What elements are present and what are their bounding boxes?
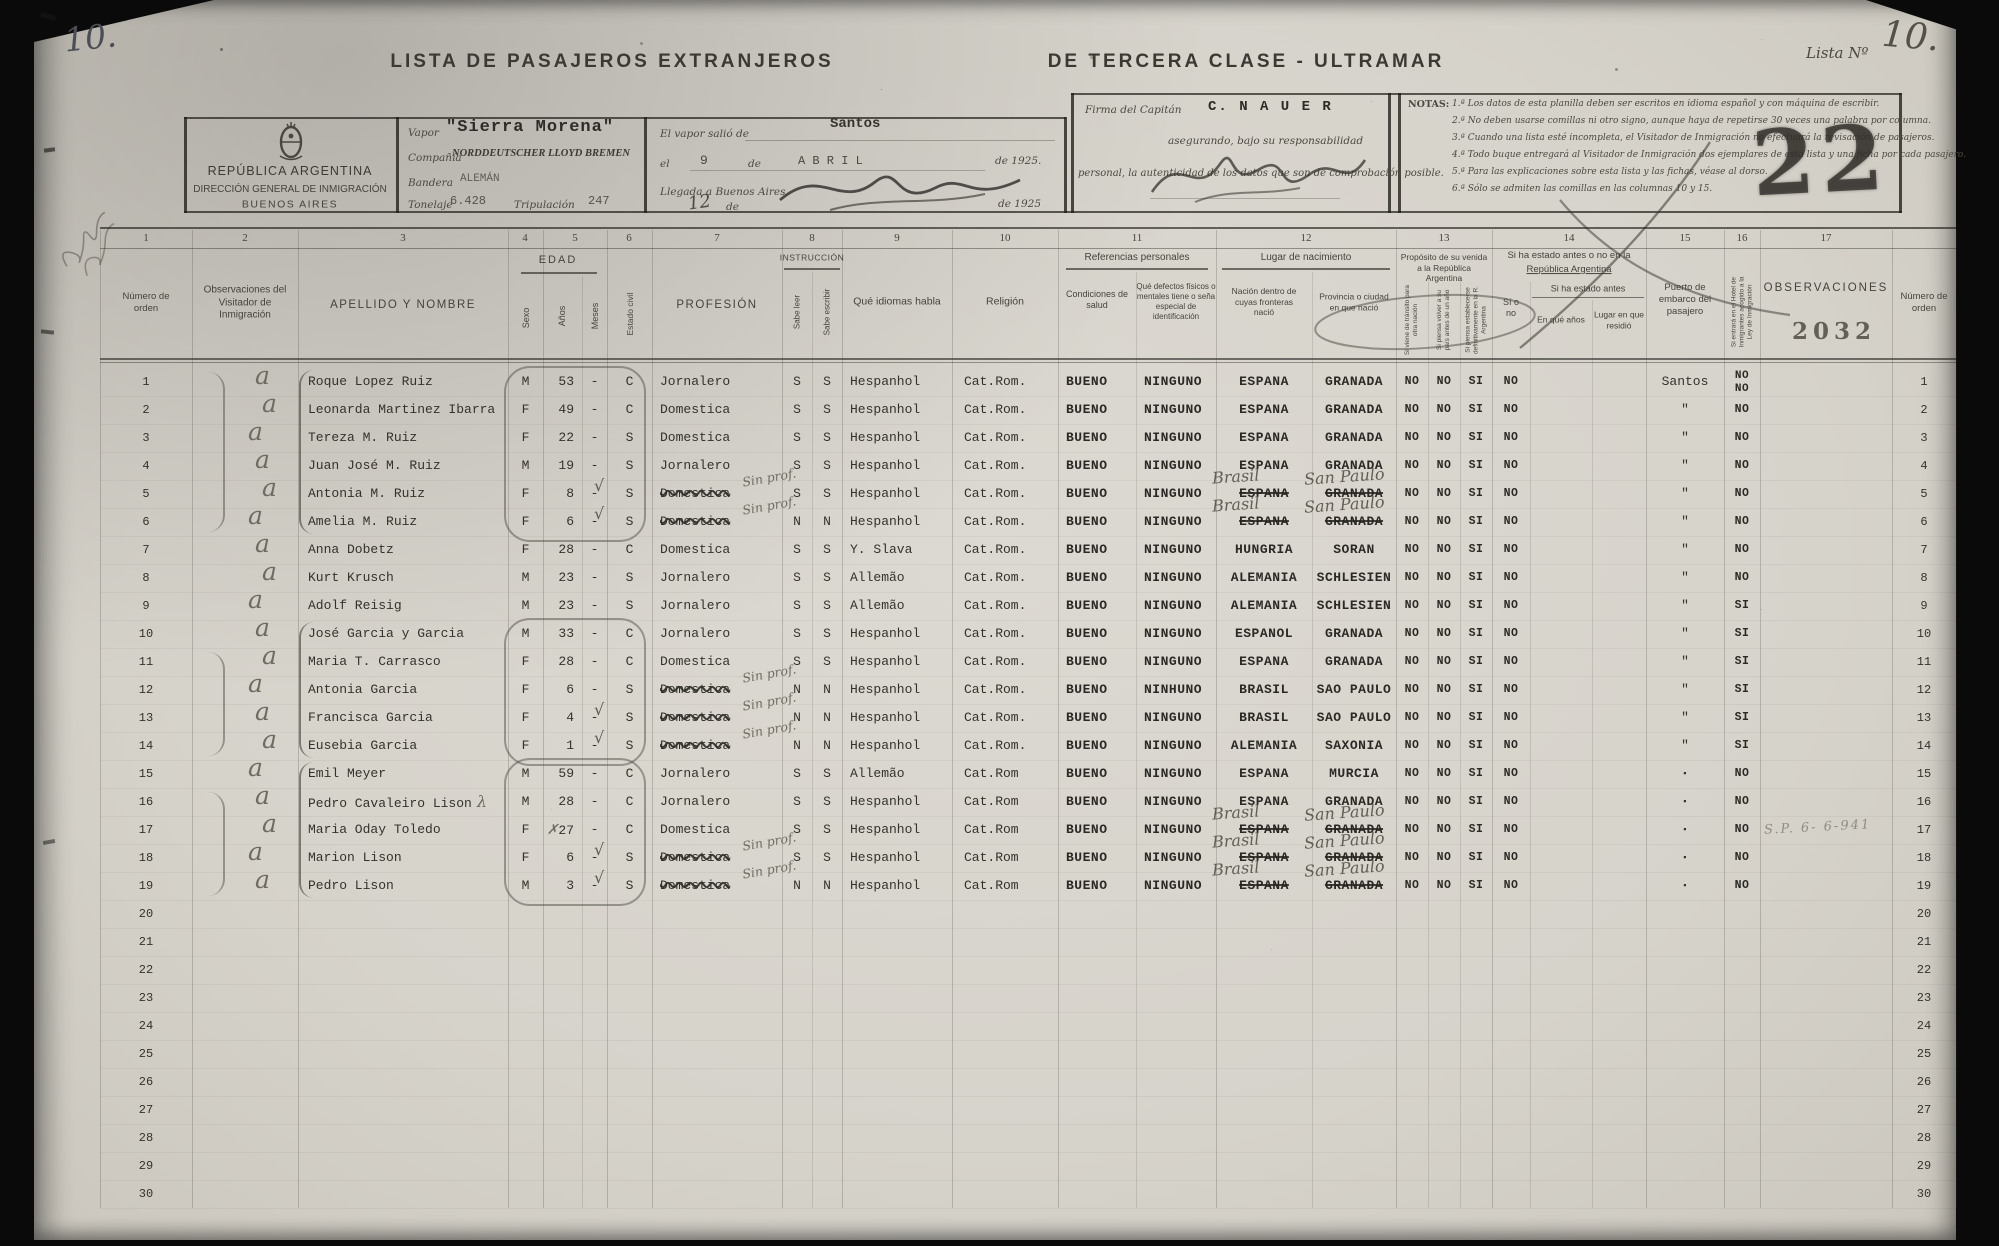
cell-salud: BUENO: [1058, 564, 1144, 592]
cell-defectos: NINGUNO: [1136, 816, 1224, 844]
cell-salud: BUENO: [1058, 788, 1144, 816]
cell-volver: NO: [1428, 368, 1460, 396]
row-number-right: 6: [1892, 508, 1956, 536]
el-label: el: [660, 158, 670, 170]
col-profesion: PROFESIÓN: [676, 298, 757, 312]
cell-estado-antes-sino: NO: [1492, 424, 1530, 452]
cell-religion: Cat.Rom.: [952, 424, 1070, 452]
cell-estado-antes-sino: NO: [1492, 508, 1530, 536]
row-number-right: 27: [1892, 1096, 1956, 1124]
header-box-divider: [644, 117, 647, 213]
name-group-brace: [299, 370, 314, 534]
tripulacion-label: Tripulación: [514, 199, 575, 211]
row-number-right: 25: [1892, 1040, 1956, 1068]
bandera-label: Bandera: [408, 177, 453, 189]
tripulacion-value: 247: [588, 194, 610, 208]
column-number: 13: [1439, 232, 1450, 246]
column-line: [192, 230, 193, 1208]
cell-establecerse: SI: [1460, 424, 1492, 452]
cell-nacion: HUNGRIA: [1216, 536, 1312, 564]
column-number: 8: [809, 232, 815, 246]
visitador-mark: a: [255, 697, 270, 726]
cell-hotel: NO: [1724, 816, 1760, 844]
cell-idioma: Allemão: [842, 592, 960, 620]
cell-puerto: ": [1646, 676, 1724, 704]
cell-defectos: NINGUNO: [1136, 508, 1224, 536]
salio-month: A B R I L: [798, 154, 863, 168]
de-label2: de: [726, 201, 739, 213]
cell-religion: Cat.Rom.: [952, 592, 1070, 620]
scanned-document: 10. Lista Nº 10. LISTA DE PASAJEROS EXTR…: [0, 0, 1999, 1246]
header-box-bottom-rule: [184, 211, 1902, 213]
cell-estado-antes-sino: NO: [1492, 452, 1530, 480]
col-obs-visitador: Observaciones del Visitador de Inmigraci…: [201, 284, 289, 322]
visitador-mark: a: [255, 865, 270, 894]
cell-estado-antes-sino: NO: [1492, 816, 1530, 844]
cell-sabe-leer: S: [782, 396, 812, 424]
cell-puerto: ▪: [1646, 760, 1724, 788]
cell-sabe-leer: S: [782, 368, 812, 396]
cell-provincia: GRANADA: [1325, 514, 1383, 529]
cell-profesion: Jornalero: [652, 620, 790, 648]
column-subline: [1592, 300, 1593, 1208]
cell-profesion: Jornalero: [652, 368, 790, 396]
column-number: 5: [572, 232, 578, 246]
row-number-left: 5: [100, 480, 192, 508]
row-number-left: 22: [100, 956, 192, 984]
row-number-left: 2: [100, 396, 192, 424]
row-number-left: 30: [100, 1180, 192, 1208]
row-number-right: 8: [1892, 564, 1956, 592]
visitador-mark: a: [248, 753, 263, 782]
cell-religion: Cat.Rom.: [952, 368, 1070, 396]
salio-day: 9: [700, 153, 708, 168]
cell-nacion: ESPANA: [1216, 396, 1312, 424]
cell-provincia: SAO PAULO: [1312, 676, 1396, 704]
cell-nacion: ESPANOL: [1216, 620, 1312, 648]
cell-hotel: NO: [1724, 760, 1760, 788]
cell-sabe-leer: S: [782, 592, 812, 620]
visitador-mark: a: [262, 725, 277, 754]
cell-puerto: ": [1646, 396, 1724, 424]
cell-apellido-nombre: Emil Meyer: [298, 760, 518, 788]
cell-transito: NO: [1396, 648, 1428, 676]
cell-sabe-leer: N: [782, 872, 812, 900]
cell-sabe-escribir: S: [812, 620, 842, 648]
cell-apellido-nombre: Tereza M. Ruiz: [298, 424, 518, 452]
cell-hotel: NO: [1724, 480, 1760, 508]
referencias-underline: [1066, 268, 1208, 270]
row-number-right: 29: [1892, 1152, 1956, 1180]
cell-religion: Cat.Rom: [952, 816, 1070, 844]
cell-provincia: GRANADA: [1312, 424, 1396, 452]
cell-defectos: NINHUNO: [1136, 676, 1224, 704]
cell-profesion: Jornalero: [652, 788, 790, 816]
visitador-mark: a: [248, 837, 263, 866]
header-box-divider: [184, 117, 187, 213]
row-rule: [100, 984, 1956, 985]
cell-hotel: NO NO: [1724, 368, 1760, 396]
age-group-oval: [504, 618, 646, 766]
visitador-mark: a: [255, 781, 270, 810]
handwritten-nacion: Brasil: [1211, 465, 1260, 487]
col-referencias: Referencias personales: [1084, 252, 1189, 265]
cell-establecerse: SI: [1460, 760, 1492, 788]
col-observaciones: OBSERVACIONES: [1764, 281, 1889, 295]
col-num-orden-right: Número de orden: [1898, 291, 1950, 315]
cell-provincia: SORAN: [1312, 536, 1396, 564]
cell-profesion: Domestica: [652, 424, 790, 452]
cell-apellido-nombre: Adolf Reisig: [298, 592, 518, 620]
cell-hotel: NO: [1724, 452, 1760, 480]
cell-transito: NO: [1396, 732, 1428, 760]
cell-religion: Cat.Rom.: [952, 536, 1070, 564]
cell-apellido-nombre: Antonia Garcia: [298, 676, 518, 704]
row-rule: [100, 900, 1956, 901]
visitador-mark: a: [255, 361, 270, 390]
row-number-left: 10: [100, 620, 192, 648]
row-number-left: 3: [100, 424, 192, 452]
row-number-right: 7: [1892, 536, 1956, 564]
cell-volver: NO: [1428, 788, 1460, 816]
cell-transito: NO: [1396, 704, 1428, 732]
row-number-left: 18: [100, 844, 192, 872]
cell-provincia: GRANADA: [1312, 396, 1396, 424]
cell-profesion: Domestica: [652, 536, 790, 564]
col-sabe-leer: Sabe leer: [793, 295, 802, 329]
row-rule: [100, 1152, 1956, 1153]
cell-idioma: Hespanhol: [842, 816, 960, 844]
row-number-right: 30: [1892, 1180, 1956, 1208]
cell-provincia: SAXONIA: [1312, 732, 1396, 760]
cell-transito: NO: [1396, 452, 1428, 480]
column-number: 11: [1132, 232, 1143, 246]
column-number: 16: [1737, 232, 1748, 246]
row-number-left: 27: [100, 1096, 192, 1124]
cell-nacion: ESPANA: [1216, 368, 1312, 396]
cell-defectos: NINGUNO: [1136, 732, 1224, 760]
captain-line1: asegurando, bajo su responsabilidad: [1168, 135, 1363, 147]
cell-apellido-nombre: Anna Dobetz: [298, 536, 518, 564]
row-number-left: 16: [100, 788, 192, 816]
cell-nacion: ESPANA: [1216, 760, 1312, 788]
cell-religion: Cat.Rom.: [952, 648, 1070, 676]
cell-sabe-escribir: S: [812, 424, 842, 452]
lugar-nac-underline: [1222, 268, 1390, 270]
cell-defectos: NINGUNO: [1136, 620, 1224, 648]
cell-salud: BUENO: [1058, 452, 1144, 480]
table-header-bottom-rule2: [100, 362, 1956, 363]
margin-group-arc: [208, 652, 225, 756]
handwritten-nacion: Brasil: [1211, 493, 1260, 515]
row-number-left: 24: [100, 1012, 192, 1040]
cell-puerto: ": [1646, 564, 1724, 592]
cell-sabe-escribir: N: [812, 676, 842, 704]
row-number-right: 4: [1892, 452, 1956, 480]
row-number-right: 1: [1892, 368, 1956, 396]
cell-provincia: GRANADA: [1325, 878, 1383, 893]
cell-establecerse: SI: [1460, 704, 1492, 732]
row-number-right: 19: [1892, 872, 1956, 900]
cell-apellido-nombre: Maria T. Carrasco: [298, 648, 518, 676]
column-line: [1760, 230, 1761, 1208]
cell-estado-antes-sino: NO: [1492, 368, 1530, 396]
cell-puerto: ▪: [1646, 872, 1724, 900]
cell-profesion: Jornalero: [652, 564, 790, 592]
cell-idioma: Hespanhol: [842, 732, 960, 760]
cell-anos: 23: [543, 592, 582, 620]
cell-idioma: Hespanhol: [842, 648, 960, 676]
cell-puerto: ": [1646, 620, 1724, 648]
compania-name: NORDDEUTSCHER LLOYD BREMEN: [452, 148, 630, 159]
col-instruccion: INSTRUCCIÓN: [780, 253, 845, 264]
row-number-left: 26: [100, 1068, 192, 1096]
row-number-right: 12: [1892, 676, 1956, 704]
cell-estado-antes-sino: NO: [1492, 760, 1530, 788]
cell-sexo: M: [508, 564, 543, 592]
row-number-left: 17: [100, 816, 192, 844]
cell-hotel: NO: [1724, 536, 1760, 564]
cell-profesion: Jornalero: [652, 760, 790, 788]
captain-line2: personal, la autenticidad de los datos q…: [1078, 168, 1444, 179]
cell-establecerse: SI: [1460, 564, 1492, 592]
row-number-left: 13: [100, 704, 192, 732]
col-proposito-transito: Si viene de tránsito para otra nación: [1404, 284, 1420, 356]
cell-volver: NO: [1428, 480, 1460, 508]
cell-hotel: NO: [1724, 564, 1760, 592]
cell-estado-antes-sino: NO: [1492, 648, 1530, 676]
org-city: BUENOS AIRES: [242, 198, 338, 211]
row-rule: [100, 1040, 1956, 1041]
cell-salud: BUENO: [1058, 872, 1144, 900]
col-estado-antes-1: Si ha estado antes o no en la: [1507, 250, 1630, 262]
row-number-left: 8: [100, 564, 192, 592]
handwritten-nacion: Brasil: [1211, 857, 1260, 879]
row-number-left: 20: [100, 900, 192, 928]
row-rule: [100, 1208, 1956, 1209]
row-number-right: 9: [1892, 592, 1956, 620]
cell-establecerse: SI: [1460, 732, 1492, 760]
cell-salud: BUENO: [1058, 648, 1144, 676]
row-number-left: 4: [100, 452, 192, 480]
col-proposito-establecerse: Si piensa establecerse definitivamente e…: [1464, 284, 1487, 356]
cell-sabe-escribir: S: [812, 760, 842, 788]
cell-defectos: NINGUNO: [1136, 564, 1224, 592]
cell-salud: BUENO: [1058, 704, 1144, 732]
row-rule: [100, 1124, 1956, 1125]
cell-profesion: Domestica: [660, 878, 730, 893]
cell-religion: Cat.Rom.: [952, 480, 1070, 508]
visitador-mark: a: [262, 473, 277, 502]
cell-estado-antes-sino: NO: [1492, 676, 1530, 704]
cell-provincia: MURCIA: [1312, 760, 1396, 788]
cell-religion: Cat.Rom.: [952, 396, 1070, 424]
row-number-right: 11: [1892, 648, 1956, 676]
ha-estado-underline: [1532, 297, 1644, 298]
cell-defectos: NINGUNO: [1136, 396, 1224, 424]
row-number-right: 13: [1892, 704, 1956, 732]
cell-transito: NO: [1396, 844, 1428, 872]
cell-volver: NO: [1428, 844, 1460, 872]
cell-defectos: NINGUNO: [1136, 704, 1224, 732]
cell-meses: -: [582, 592, 607, 620]
row-number-right: 26: [1892, 1068, 1956, 1096]
cell-establecerse: SI: [1460, 620, 1492, 648]
cell-transito: NO: [1396, 424, 1428, 452]
cell-religion: Cat.Rom: [952, 844, 1070, 872]
cell-volver: NO: [1428, 536, 1460, 564]
cell-transito: NO: [1396, 788, 1428, 816]
cell-hotel: SI: [1724, 620, 1760, 648]
notas-label: NOTAS:: [1408, 99, 1449, 110]
col-proposito-volver: Si piensa volver a su país antes de un a…: [1436, 284, 1452, 356]
col-estado-antes-2: República Argentina: [1526, 264, 1611, 276]
cell-puerto: ▪: [1646, 788, 1724, 816]
row-number-right: 5: [1892, 480, 1956, 508]
row-number-right: 3: [1892, 424, 1956, 452]
cell-provincia: SAO PAULO: [1312, 704, 1396, 732]
cell-idioma: Y. Slava: [842, 536, 960, 564]
col-cond-salud: Condiciones de salud: [1065, 289, 1129, 312]
visitador-mark: a: [262, 557, 277, 586]
cell-profesion: Domestica: [660, 710, 730, 725]
cell-profesion: Jornalero: [652, 592, 790, 620]
cell-sabe-escribir: S: [812, 648, 842, 676]
cell-sabe-escribir: N: [812, 732, 842, 760]
margin-group-arc: [208, 792, 225, 896]
age-group-oval: [504, 758, 646, 906]
cell-establecerse: SI: [1460, 368, 1492, 396]
row-rule: [100, 1096, 1956, 1097]
cell-establecerse: SI: [1460, 452, 1492, 480]
cell-salud: BUENO: [1058, 508, 1144, 536]
cell-idioma: Hespanhol: [842, 508, 960, 536]
cell-estado-antes-sino: NO: [1492, 480, 1530, 508]
cell-salud: BUENO: [1058, 480, 1144, 508]
cell-volver: NO: [1428, 424, 1460, 452]
cell-establecerse: SI: [1460, 676, 1492, 704]
cell-nacion: BRASIL: [1216, 676, 1312, 704]
cell-idioma: Hespanhol: [842, 788, 960, 816]
cell-defectos: NINGUNO: [1136, 844, 1224, 872]
cell-sabe-leer: S: [782, 620, 812, 648]
cell-defectos: NINGUNO: [1136, 368, 1224, 396]
cell-puerto: Santos: [1646, 368, 1724, 396]
cell-defectos: NINGUNO: [1136, 424, 1224, 452]
cell-establecerse: SI: [1460, 480, 1492, 508]
cell-profesion: Domestica: [660, 682, 730, 697]
cell-provincia: GRANADA: [1312, 368, 1396, 396]
cell-anos: 23: [543, 564, 582, 592]
cell-apellido-nombre: Antonia M. Ruiz: [298, 480, 518, 508]
row-number-left: 7: [100, 536, 192, 564]
row-number-left: 6: [100, 508, 192, 536]
row-number-right: 17: [1892, 816, 1956, 844]
column-number: 3: [400, 232, 406, 246]
cell-nacion: ESPANA: [1239, 878, 1289, 893]
tonelaje-value: 6.428: [450, 194, 486, 208]
col-meses: Meses: [590, 303, 600, 330]
cell-nacion: ESPANA: [1216, 648, 1312, 676]
cell-establecerse: SI: [1460, 872, 1492, 900]
cell-establecerse: SI: [1460, 816, 1492, 844]
column-number: 12: [1301, 232, 1312, 246]
row-number-left: 23: [100, 984, 192, 1012]
cell-defectos: NINGUNO: [1136, 760, 1224, 788]
cell-volver: NO: [1428, 816, 1460, 844]
cell-hotel: NO: [1724, 872, 1760, 900]
salio-year: de 1925.: [995, 155, 1041, 167]
cell-idioma: Hespanhol: [842, 480, 960, 508]
cell-idioma: Hespanhol: [842, 424, 960, 452]
row-number-left: 12: [100, 676, 192, 704]
cell-nacion: ESPANA: [1239, 514, 1289, 529]
col-estado-civil: Estado civil: [625, 293, 635, 336]
cell-defectos: NINGUNO: [1136, 480, 1224, 508]
cell-sabe-leer: N: [782, 732, 812, 760]
cell-religion: Cat.Rom.: [952, 564, 1070, 592]
cell-apellido-nombre: Pedro Lison: [298, 872, 518, 900]
vapor-name: "Sierra Morena": [446, 118, 614, 137]
row-number-right: 24: [1892, 1012, 1956, 1040]
visitador-mark: a: [248, 417, 263, 446]
lista-no-label: Lista Nº: [1806, 44, 1868, 62]
cell-estado-antes-sino: NO: [1492, 732, 1530, 760]
header-box-divider: [1071, 93, 1074, 213]
cell-religion: Cat.Rom: [952, 788, 1070, 816]
cell-establecerse: SI: [1460, 788, 1492, 816]
cell-provincia: SCHLESIEN: [1312, 592, 1396, 620]
cell-puerto: ": [1646, 424, 1724, 452]
row-rule: [100, 1180, 1956, 1181]
col-ha-estado: Si ha estado antes: [1551, 283, 1626, 294]
visitador-mark: a: [255, 613, 270, 642]
cell-estado-civil: S: [607, 592, 652, 620]
cell-hotel: NO: [1724, 508, 1760, 536]
visitador-mark: a: [262, 809, 277, 838]
cell-puerto: ": [1646, 508, 1724, 536]
cell-defectos: NINGUNO: [1136, 872, 1224, 900]
cell-estado-antes-sino: NO: [1492, 396, 1530, 424]
cell-establecerse: SI: [1460, 844, 1492, 872]
col-anos: Años: [557, 306, 567, 327]
cell-transito: NO: [1396, 620, 1428, 648]
cell-idioma: Hespanhol: [842, 452, 960, 480]
row-rule: [100, 1068, 1956, 1069]
cell-sabe-escribir: N: [812, 508, 842, 536]
column-number: 4: [522, 232, 528, 246]
cell-salud: BUENO: [1058, 396, 1144, 424]
cell-idioma: Hespanhol: [842, 620, 960, 648]
cell-apellido-nombre: Amelia M. Ruiz: [298, 508, 518, 536]
cell-defectos: NINGUNO: [1136, 452, 1224, 480]
cell-profesion: Domestica: [660, 514, 730, 529]
llegada-year: de 1925: [998, 198, 1041, 210]
visitador-mark: a: [255, 445, 270, 474]
cell-estado-antes-sino: NO: [1492, 592, 1530, 620]
cell-volver: NO: [1428, 396, 1460, 424]
col-si-o-no: Sí o no: [1500, 297, 1522, 320]
cell-nacion: ESPANA: [1216, 424, 1312, 452]
col-apellido: APELLIDO Y NOMBRE: [330, 298, 476, 312]
column-number: 17: [1821, 232, 1832, 246]
cell-hotel: SI: [1724, 732, 1760, 760]
col-nacion: Nación dentro de cuyas fronteras nació: [1225, 286, 1303, 318]
cell-hotel: NO: [1724, 788, 1760, 816]
row-number-left: 1: [100, 368, 192, 396]
cell-sabe-escribir: S: [812, 564, 842, 592]
row-number-left: 25: [100, 1040, 192, 1068]
